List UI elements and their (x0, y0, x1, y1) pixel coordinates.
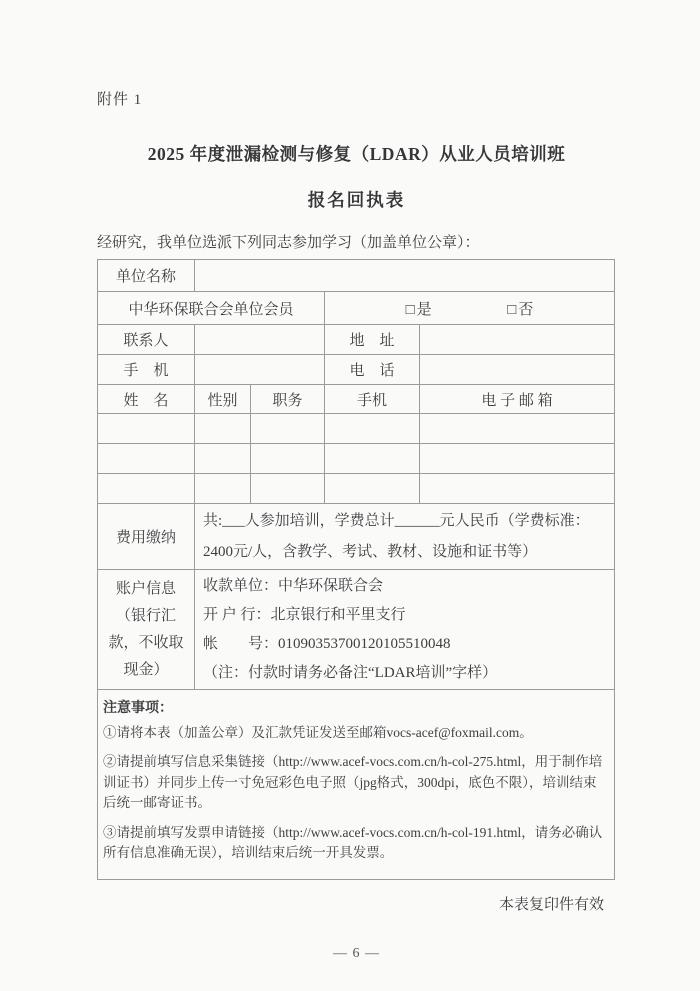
roster-cell (325, 414, 420, 444)
unit-name-label: 单位名称 (98, 260, 195, 292)
phone-label: 电 话 (325, 355, 420, 385)
account-details-cell: 收款单位：中华环保联合会 开 户 行：北京银行和平里支行 帐 号：0109035… (195, 570, 615, 690)
attachment-label: 附件 1 (97, 88, 616, 109)
roster-cell (195, 474, 251, 504)
membership-label: 中华环保联合会单位会员 (98, 292, 325, 325)
membership-options-cell: □是 □否 (325, 292, 615, 325)
roster-cell (420, 474, 615, 504)
fee-line-2: 2400元/人，含教学、考试、教材、设施和证书等） (203, 537, 609, 568)
roster-cell (251, 414, 325, 444)
phone-value-cell (420, 355, 615, 385)
roster-cell (195, 414, 251, 444)
notes-heading: 注意事项： (103, 697, 609, 717)
roster-header-email: 电 子 邮 箱 (420, 385, 615, 414)
account-label-line: 现金） (103, 657, 189, 684)
note-item-1: ①请将本表（加盖公章）及汇款凭证发送至邮箱vocs-acef@foxmail.c… (103, 723, 609, 744)
registration-form-table: 单位名称 中华环保联合会单位会员 □是 □否 联系人 地 址 手 (97, 259, 615, 880)
roster-cell (420, 444, 615, 474)
contact-label: 联系人 (98, 325, 195, 355)
roster-cell (195, 444, 251, 474)
roster-header-name: 姓 名 (98, 385, 195, 414)
roster-header-mobile: 手机 (325, 385, 420, 414)
page-number: — 6 — (97, 946, 616, 962)
intro-text: 经研究，我单位选派下列同志参加学习（加盖单位公章）： (97, 231, 616, 252)
address-value-cell (420, 325, 615, 355)
account-label-line: 账户信息 (103, 576, 189, 603)
unit-name-row: 单位名称 (98, 260, 615, 292)
membership-no-option: □否 (507, 298, 533, 319)
roster-empty-row (98, 444, 615, 474)
form-title: 2025 年度泄漏检测与修复（LDAR）从业人员培训班 (97, 141, 616, 166)
roster-header-row: 姓 名 性别 职务 手机 电 子 邮 箱 (98, 385, 615, 414)
contact-value-cell (195, 325, 325, 355)
checkbox-unchecked-icon: □ (507, 302, 516, 319)
note-item-3: ③请提前填写发票申请链接（http://www.acef-vocs.com.cn… (103, 823, 609, 864)
roster-cell (98, 414, 195, 444)
roster-cell (325, 444, 420, 474)
roster-cell (98, 474, 195, 504)
membership-yes-option: □是 (406, 298, 432, 319)
roster-cell (251, 474, 325, 504)
notes-cell: 注意事项： ①请将本表（加盖公章）及汇款凭证发送至邮箱vocs-acef@fox… (98, 690, 615, 880)
mobile-value-cell (195, 355, 325, 385)
note-item-2: ②请提前填写信息采集链接（http://www.acef-vocs.com.cn… (103, 752, 609, 814)
contact-address-row: 联系人 地 址 (98, 325, 615, 355)
address-label: 地 址 (325, 325, 420, 355)
membership-no-label: 否 (518, 302, 533, 318)
account-section-label: 账户信息 （银行汇 款，不收取 现金） (98, 570, 195, 690)
account-number-line: 帐 号：01090353700120105510048 (200, 630, 609, 659)
account-row: 账户信息 （银行汇 款，不收取 现金） 收款单位：中华环保联合会 开 户 行：北… (98, 570, 615, 690)
account-bank-line: 开 户 行：北京银行和平里支行 (200, 601, 609, 630)
document-content: 附件 1 2025 年度泄漏检测与修复（LDAR）从业人员培训班 报名回执表 经… (97, 88, 616, 962)
roster-cell (420, 414, 615, 444)
unit-name-value-cell (195, 260, 615, 292)
roster-cell (98, 444, 195, 474)
roster-cell (325, 474, 420, 504)
mobile-phone-row: 手 机 电 话 (98, 355, 615, 385)
mobile-label: 手 机 (98, 355, 195, 385)
roster-empty-row (98, 474, 615, 504)
fee-section-label: 费用缴纳 (98, 504, 195, 570)
account-remark-line: （注：付款时请务必备注“LDAR培训”字样） (200, 659, 609, 688)
scanned-form-page: 附件 1 2025 年度泄漏检测与修复（LDAR）从业人员培训班 报名回执表 经… (0, 0, 700, 991)
account-payee-line: 收款单位：中华环保联合会 (200, 572, 609, 601)
notes-row: 注意事项： ①请将本表（加盖公章）及汇款凭证发送至邮箱vocs-acef@fox… (98, 690, 615, 880)
copy-valid-note: 本表复印件有效 (97, 893, 616, 914)
membership-row: 中华环保联合会单位会员 □是 □否 (98, 292, 615, 325)
fee-details-cell: 共:___人参加培训，学费总计______元人民币（学费标准： 2400元/人，… (195, 504, 615, 570)
form-subtitle: 报名回执表 (97, 187, 616, 212)
account-label-line: （银行汇 (103, 603, 189, 630)
fee-line-1: 共:___人参加培训，学费总计______元人民币（学费标准： (203, 506, 609, 537)
roster-header-position: 职务 (251, 385, 325, 414)
membership-yes-label: 是 (417, 302, 432, 318)
roster-header-gender: 性别 (195, 385, 251, 414)
roster-cell (251, 444, 325, 474)
account-label-line: 款，不收取 (103, 630, 189, 657)
fee-row: 费用缴纳 共:___人参加培训，学费总计______元人民币（学费标准： 240… (98, 504, 615, 570)
roster-empty-row (98, 414, 615, 444)
checkbox-unchecked-icon: □ (406, 302, 415, 319)
